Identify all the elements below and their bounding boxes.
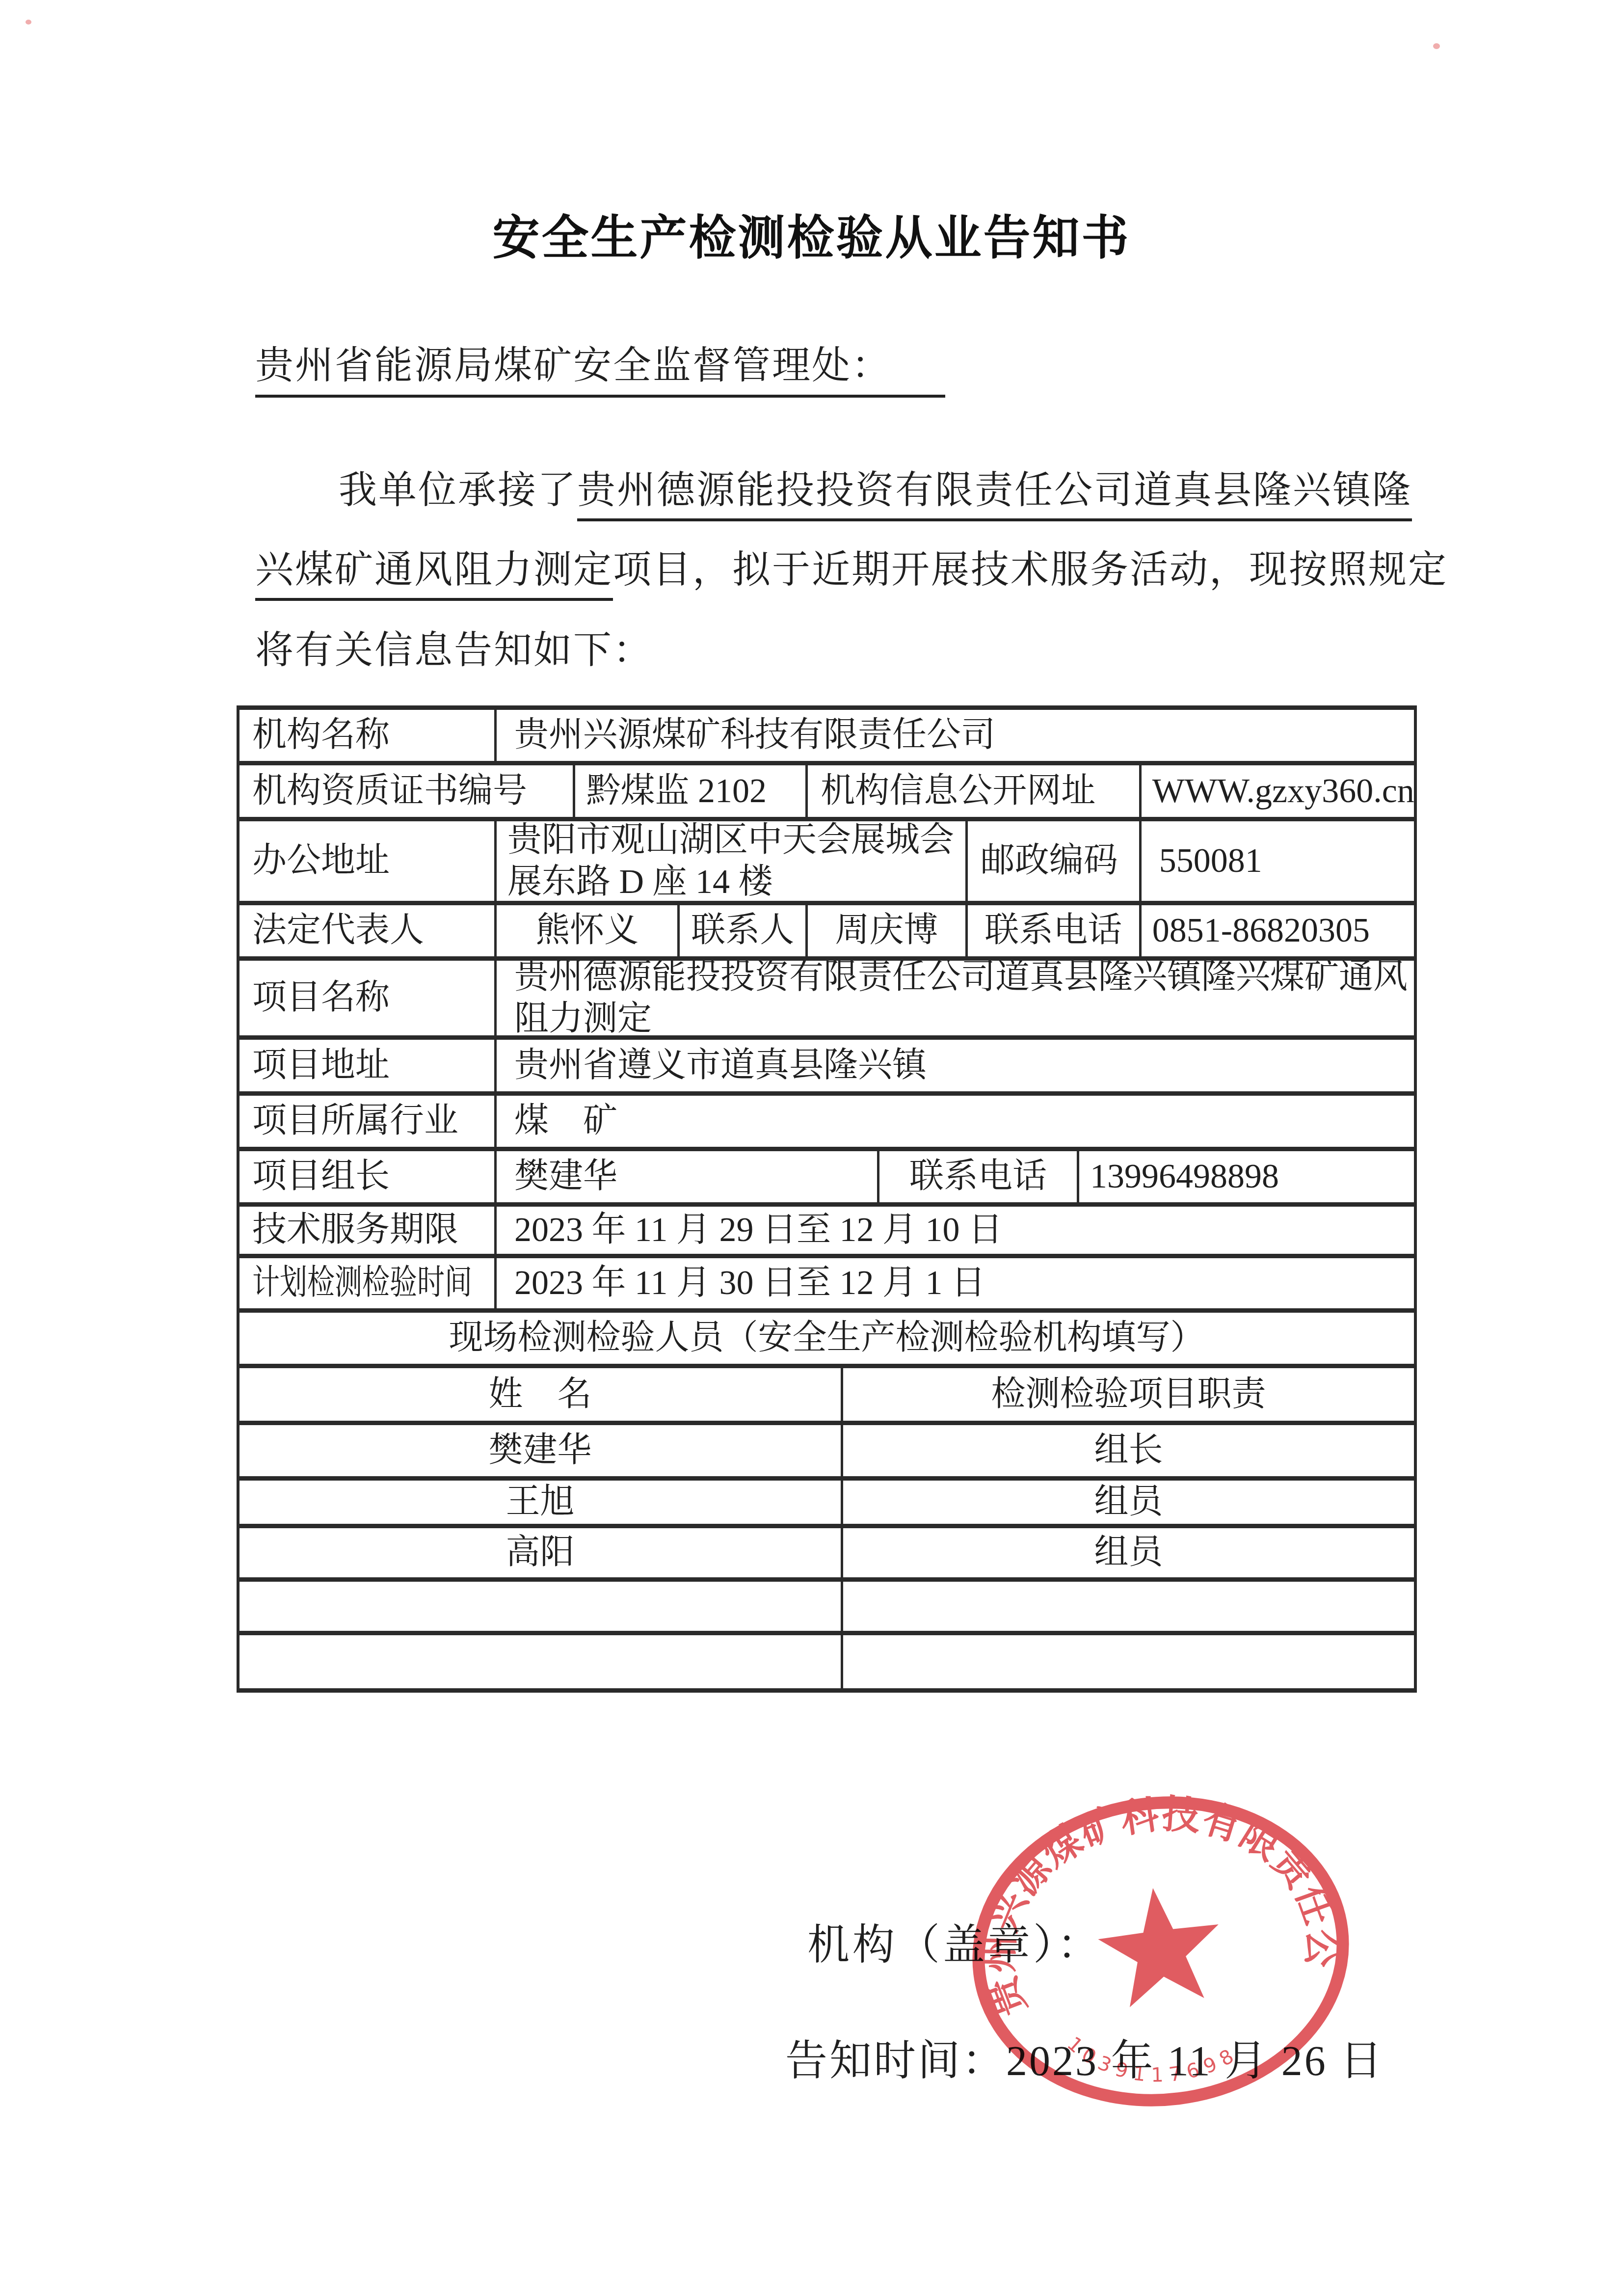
- table-row-plan-time: 计划检测检验时间 2023 年 11 月 30 日至 12 月 1 日: [239, 1258, 1414, 1313]
- notify-date-line: 告知时间：2023 年 11 月 26 日: [785, 2026, 1384, 2087]
- leader-phone-label: 联系电话: [879, 1151, 1079, 1202]
- para-l2-rest: 项目，拟于近期开展技术服务活动，现按照规定: [613, 548, 1448, 591]
- table-row-member: 王旭 组员: [239, 1481, 1414, 1528]
- table-row-member: 高阳 组员: [239, 1528, 1414, 1582]
- legal-rep-value: 熊怀义: [497, 905, 680, 956]
- plan-time-value: 2023 年 11 月 30 日至 12 月 1 日: [497, 1258, 1414, 1308]
- stamp-caption: 机构（盖章）：: [807, 1911, 1102, 1972]
- member-name: 王旭: [239, 1481, 843, 1524]
- leader-value: 樊建华: [497, 1151, 879, 1202]
- para-l2-underlined: 兴煤矿通风阻力测定: [255, 548, 613, 601]
- member-name: [239, 1635, 843, 1688]
- table-row-personnel-header: 现场检测检验人员（安全生产检测检验机构填写）: [239, 1313, 1414, 1368]
- notify-date: 2023 年 11 月 26 日: [1006, 2037, 1384, 2084]
- table-row-service-period: 技术服务期限 2023 年 11 月 29 日至 12 月 10 日: [239, 1207, 1414, 1258]
- member-duty: [843, 1635, 1414, 1688]
- service-period-value: 2023 年 11 月 29 日至 12 月 10 日: [497, 1207, 1414, 1254]
- table-row-org-name: 机构名称 贵州兴源煤矿科技有限责任公司: [239, 710, 1414, 765]
- website-value: WWW.gzxy360.cn: [1142, 765, 1414, 817]
- project-name-label: 项目名称: [239, 961, 497, 1035]
- table-row-cert: 机构资质证书编号 黔煤监 2102 机构信息公开网址 WWW.gzxy360.c…: [239, 765, 1414, 821]
- table-row-col-headers: 姓 名 检测检验项目职责: [239, 1368, 1414, 1425]
- table-row-project-addr: 项目地址 贵州省遵义市道真县隆兴镇: [239, 1040, 1414, 1096]
- cert-value: 黔煤监 2102: [575, 765, 808, 817]
- notify-label: 告知时间：: [785, 2037, 1006, 2084]
- postcode-value: 550081: [1142, 821, 1414, 901]
- para-l1-pre: 我单位承接了: [339, 469, 577, 512]
- member-duty: 组员: [843, 1528, 1414, 1577]
- cert-label: 机构资质证书编号: [239, 765, 575, 817]
- office-label: 办公地址: [239, 821, 497, 901]
- office-value: 贵阳市观山湖区中天会展城会展东路 D 座 14 楼: [497, 821, 968, 901]
- paragraph-line-2: 兴煤矿通风阻力测定项目，拟于近期开展技术服务活动，现按照规定: [255, 539, 1448, 594]
- contact-value: 周庆博: [808, 905, 967, 956]
- industry-label: 项目所属行业: [239, 1096, 497, 1147]
- para-l1-underlined: 贵州德源能投投资有限责任公司道真县隆兴镇隆: [577, 469, 1412, 521]
- scan-speck: [26, 20, 31, 25]
- table-row-office: 办公地址 贵阳市观山湖区中天会展城会展东路 D 座 14 楼 邮政编码 5500…: [239, 821, 1414, 905]
- industry-value: 煤 矿: [497, 1096, 1414, 1147]
- table-row-project-name: 项目名称 贵州德源能投投资有限责任公司道真县隆兴镇隆兴煤矿通风阻力测定: [239, 961, 1414, 1040]
- table-row-member: 樊建华 组长: [239, 1425, 1414, 1481]
- postcode-label: 邮政编码: [968, 821, 1142, 901]
- leader-label: 项目组长: [239, 1151, 497, 1202]
- table-row-member: [239, 1635, 1414, 1688]
- member-name: [239, 1582, 843, 1631]
- name-col-header: 姓 名: [239, 1368, 843, 1421]
- addressee-text: 贵州省能源局煤矿安全监督管理处：: [255, 344, 945, 398]
- project-name-value: 贵州德源能投投资有限责任公司道真县隆兴镇隆兴煤矿通风阻力测定: [497, 961, 1414, 1035]
- document-page: 安全生产检测检验从业告知书 贵州省能源局煤矿安全监督管理处： 我单位承接了贵州德…: [0, 0, 1623, 2296]
- member-duty: 组长: [843, 1425, 1414, 1476]
- table-row-industry: 项目所属行业 煤 矿: [239, 1096, 1414, 1151]
- member-name: 樊建华: [239, 1425, 843, 1476]
- paragraph-line-1: 我单位承接了贵州德源能投投资有限责任公司道真县隆兴镇隆: [339, 459, 1412, 514]
- seal-company-text: 贵州兴源煤矿科技有限责任公司: [943, 1764, 1349, 2027]
- star-icon: [1092, 1881, 1227, 2010]
- paragraph-line-3: 将有关信息告知如下：: [255, 620, 653, 675]
- table-row-member: [239, 1582, 1414, 1635]
- org-name-value: 贵州兴源煤矿科技有限责任公司: [497, 710, 1414, 761]
- website-label: 机构信息公开网址: [808, 765, 1142, 817]
- project-addr-value: 贵州省遵义市道真县隆兴镇: [497, 1040, 1414, 1091]
- member-duty: [843, 1582, 1414, 1631]
- table-row-legal-rep: 法定代表人 熊怀义 联系人 周庆博 联系电话 0851-86820305: [239, 905, 1414, 961]
- project-addr-label: 项目地址: [239, 1040, 497, 1091]
- legal-rep-label: 法定代表人: [239, 905, 497, 956]
- org-name-label: 机构名称: [239, 710, 497, 761]
- phone-label: 联系电话: [968, 905, 1142, 956]
- contact-label: 联系人: [680, 905, 808, 956]
- phone-value: 0851-86820305: [1142, 905, 1414, 956]
- member-duty: 组员: [843, 1481, 1414, 1524]
- duty-col-header: 检测检验项目职责: [843, 1368, 1414, 1421]
- personnel-header: 现场检测检验人员（安全生产检测检验机构填写）: [239, 1313, 1414, 1364]
- table-row-leader: 项目组长 樊建华 联系电话 13996498898: [239, 1151, 1414, 1207]
- leader-phone-value: 13996498898: [1079, 1151, 1414, 1202]
- plan-time-label: 计划检测检验时间: [239, 1258, 497, 1308]
- info-table: 机构名称 贵州兴源煤矿科技有限责任公司 机构资质证书编号 黔煤监 2102 机构…: [237, 705, 1417, 1693]
- member-name: 高阳: [239, 1528, 843, 1577]
- addressee-line: 贵州省能源局煤矿安全监督管理处：: [255, 335, 945, 390]
- scan-speck: [1433, 43, 1440, 49]
- plan-time-label-text: 计划检测检验时间: [252, 1262, 472, 1304]
- page-title: 安全生产检测检验从业告知书: [0, 200, 1623, 268]
- service-period-label: 技术服务期限: [239, 1207, 497, 1254]
